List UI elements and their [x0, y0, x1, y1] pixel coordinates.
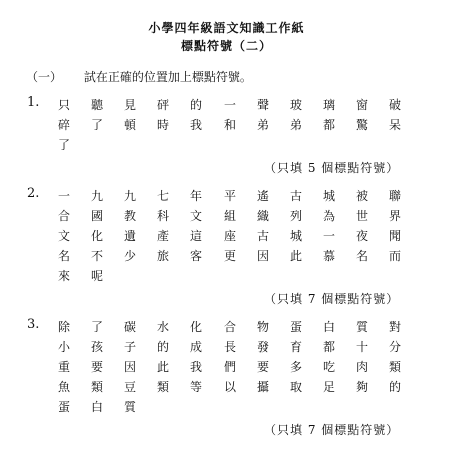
question-character: 吃 — [321, 359, 337, 375]
question-character: 要 — [255, 359, 271, 375]
question-character: 類 — [387, 359, 403, 375]
question-character: 這 — [188, 228, 204, 244]
question-character: 碎 — [56, 117, 72, 133]
question-character: 了 — [89, 319, 105, 335]
question-character: 成 — [188, 339, 204, 355]
question-character: 呆 — [387, 117, 403, 133]
question-character: 育 — [288, 339, 304, 355]
question-character: 織 — [255, 208, 271, 224]
question-character: 座 — [222, 228, 238, 244]
question-character: 不 — [89, 248, 105, 264]
question-character: 分 — [387, 339, 403, 355]
question-character: 而 — [387, 248, 403, 264]
question-character: 我 — [188, 117, 204, 133]
question-character: 客 — [188, 248, 204, 264]
section-heading: （一） 試在正確的位置加上標點符號。 — [26, 68, 252, 85]
question-character: 教 — [122, 208, 138, 224]
question-character: 科 — [155, 208, 171, 224]
question-character: 只 — [56, 97, 72, 113]
question-character: 國 — [89, 208, 105, 224]
question-character: 孩 — [89, 339, 105, 355]
question-number: 1. — [27, 95, 39, 110]
question-character: 砰 — [155, 97, 171, 113]
question-character: 為 — [321, 208, 337, 224]
question-character: 時 — [155, 117, 171, 133]
question-character: 子 — [122, 339, 138, 355]
worksheet-title: 小學四年級語文知識工作紙 — [0, 19, 453, 36]
question-character: 的 — [387, 379, 403, 395]
question-character: 界 — [387, 208, 403, 224]
question-character: 合 — [222, 319, 238, 335]
question-character: 白 — [89, 399, 105, 415]
punctuation-count-note: （只填 7 個標點符號） — [264, 290, 399, 307]
question-character: 合 — [56, 208, 72, 224]
question-character: 發 — [255, 339, 271, 355]
question-character: 除 — [56, 319, 72, 335]
question-character: 名 — [56, 248, 72, 264]
question-character: 古 — [255, 228, 271, 244]
question-character: 類 — [155, 379, 171, 395]
question-character: 遙 — [255, 188, 271, 204]
question-character: 產 — [155, 228, 171, 244]
question-character: 因 — [122, 359, 138, 375]
question-character: 碳 — [122, 319, 138, 335]
worksheet-subtitle: 標點符號（二） — [0, 37, 453, 54]
question-character: 文 — [56, 228, 72, 244]
question-character: 呢 — [89, 268, 105, 284]
question-character: 七 — [155, 188, 171, 204]
question-character: 魚 — [56, 379, 72, 395]
question-character: 璃 — [321, 97, 337, 113]
question-character: 古 — [288, 188, 304, 204]
question-character: 此 — [155, 359, 171, 375]
question-character: 被 — [354, 188, 370, 204]
question-character: 聽 — [89, 97, 105, 113]
question-character: 九 — [89, 188, 105, 204]
question-character: 重 — [56, 359, 72, 375]
question-character: 平 — [222, 188, 238, 204]
question-character: 見 — [122, 97, 138, 113]
question-character: 白 — [321, 319, 337, 335]
question-character: 質 — [122, 399, 138, 415]
question-character: 弟 — [255, 117, 271, 133]
question-character: 了 — [56, 137, 72, 153]
question-character: 年 — [188, 188, 204, 204]
question-character: 等 — [188, 379, 204, 395]
question-character: 此 — [288, 248, 304, 264]
question-character: 化 — [188, 319, 204, 335]
question-character: 來 — [56, 268, 72, 284]
question-character: 對 — [387, 319, 403, 335]
question-character: 組 — [222, 208, 238, 224]
question-character: 取 — [288, 379, 304, 395]
question-character: 我 — [188, 359, 204, 375]
question-character: 弟 — [288, 117, 304, 133]
question-character: 因 — [255, 248, 271, 264]
section-number: （一） — [26, 68, 80, 85]
question-character: 蛋 — [56, 399, 72, 415]
question-character: 列 — [288, 208, 304, 224]
question-character: 們 — [222, 359, 238, 375]
question-character: 旅 — [155, 248, 171, 264]
question-character: 一 — [222, 97, 238, 113]
question-character: 窗 — [354, 97, 370, 113]
question-character: 都 — [321, 339, 337, 355]
question-character: 夜 — [354, 228, 370, 244]
question-character: 城 — [321, 188, 337, 204]
question-character: 以 — [222, 379, 238, 395]
question-character: 的 — [188, 97, 204, 113]
question-character: 豆 — [122, 379, 138, 395]
question-character: 更 — [222, 248, 238, 264]
question-character: 驚 — [354, 117, 370, 133]
section-instruction: 試在正確的位置加上標點符號。 — [84, 70, 252, 84]
question-character: 化 — [89, 228, 105, 244]
question-character: 破 — [387, 97, 403, 113]
question-character: 名 — [354, 248, 370, 264]
question-character: 聞 — [387, 228, 403, 244]
question-character: 文 — [188, 208, 204, 224]
question-character: 少 — [122, 248, 138, 264]
question-character: 質 — [354, 319, 370, 335]
question-character: 一 — [321, 228, 337, 244]
question-character: 一 — [56, 188, 72, 204]
question-character: 要 — [89, 359, 105, 375]
question-character: 世 — [354, 208, 370, 224]
question-character: 物 — [255, 319, 271, 335]
question-character: 類 — [89, 379, 105, 395]
question-character: 聯 — [387, 188, 403, 204]
question-character: 多 — [288, 359, 304, 375]
question-character: 慕 — [321, 248, 337, 264]
question-character: 肉 — [354, 359, 370, 375]
question-character: 蛋 — [288, 319, 304, 335]
question-character: 頓 — [122, 117, 138, 133]
question-character: 攝 — [255, 379, 271, 395]
question-character: 小 — [56, 339, 72, 355]
question-character: 足 — [321, 379, 337, 395]
question-character: 都 — [321, 117, 337, 133]
question-character: 玻 — [288, 97, 304, 113]
question-character: 遺 — [122, 228, 138, 244]
question-number: 2. — [27, 186, 39, 201]
worksheet-page: 小學四年級語文知識工作紙 標點符號（二） （一） 試在正確的位置加上標點符號。 … — [0, 0, 453, 453]
question-character: 了 — [89, 117, 105, 133]
punctuation-count-note: （只填 5 個標點符號） — [264, 159, 399, 176]
question-character: 城 — [288, 228, 304, 244]
question-character: 夠 — [354, 379, 370, 395]
question-character: 和 — [222, 117, 238, 133]
question-character: 聲 — [255, 97, 271, 113]
question-number: 3. — [27, 317, 39, 332]
question-character: 的 — [155, 339, 171, 355]
question-character: 水 — [155, 319, 171, 335]
question-character: 十 — [354, 339, 370, 355]
question-character: 九 — [122, 188, 138, 204]
punctuation-count-note: （只填 7 個標點符號） — [264, 421, 399, 438]
question-character: 長 — [222, 339, 238, 355]
